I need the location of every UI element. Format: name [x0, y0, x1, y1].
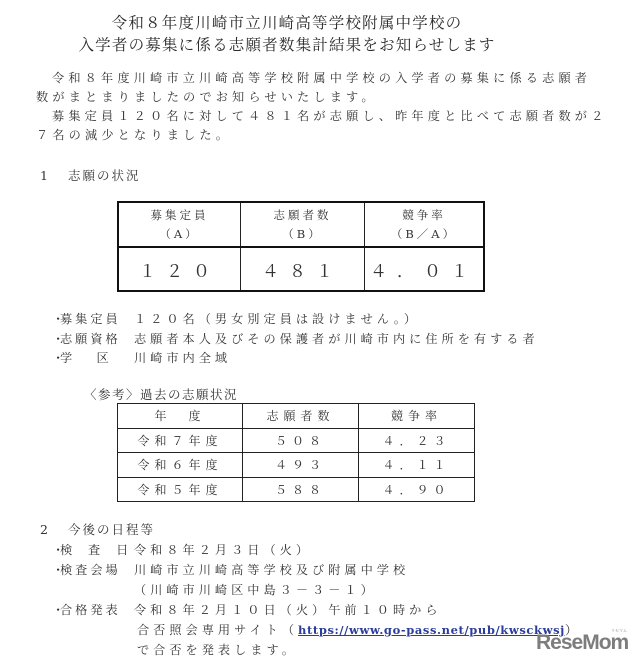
- bullet-icon: ・: [52, 310, 60, 327]
- past-header-ratio: 競争率: [359, 404, 475, 429]
- detail-label: 学 区: [60, 349, 134, 366]
- bullet-icon: ・: [52, 541, 60, 558]
- section-1-title: 志願の状況: [68, 168, 141, 183]
- intro-line-1: 令和８年度川崎市立川崎高等学校附属中学校の入学者の募集に係る志願者: [52, 69, 591, 86]
- detail-value: 志願者本人及びその保護者が川崎市内に住所を有する者: [134, 332, 539, 346]
- intro-line-3: 募集定員１２０名に対して４８１名が志願し、昨年度と比べて志願者数が２: [52, 107, 607, 124]
- past-year: 令和７年度: [118, 428, 243, 453]
- results-closing-line: で合否を発表します。: [137, 641, 298, 658]
- value-ratio: ４．０１: [365, 247, 485, 291]
- intro-line-2: 数がまとまりましたのでお知らせいたします。: [36, 88, 378, 105]
- past-applicants: ５８８: [243, 477, 359, 502]
- table-value-row: １２０ ４８１ ４．０１: [118, 247, 484, 291]
- reference-caption: 〈参考〉過去の志願状況: [84, 385, 238, 403]
- header-label: 募集定員: [119, 206, 240, 225]
- section-1-number: 1: [40, 168, 68, 183]
- section-1-heading: 1志願の状況: [40, 166, 141, 184]
- schedule-value: （川崎市川崎区中島３－３－１）: [134, 583, 377, 597]
- schedule-label: 検 査 日: [60, 541, 134, 558]
- past-header-year: 年 度: [118, 404, 243, 429]
- header-label: 志願者数: [241, 206, 364, 225]
- schedule-item-results: ・合格発表令和８年２月１０日（火）午前１０時から: [52, 601, 442, 618]
- bullet-icon: ・: [52, 349, 60, 366]
- detail-item-capacity: ・募集定員１２０名（男女別定員は設けません。）: [52, 310, 420, 327]
- section-2-title: 今後の日程等: [68, 522, 155, 537]
- header-label: 競争率: [365, 206, 483, 225]
- schedule-venue-address: （川崎市川崎区中島３－３－１）: [134, 581, 377, 598]
- results-site-line: 合否照会専用サイト（https://www.go-pass.net/pub/kw…: [137, 621, 577, 638]
- past-ratio: ４．１１: [359, 453, 475, 478]
- past-ratio: ４．２３: [359, 428, 475, 453]
- past-year: 令和６年度: [118, 453, 243, 478]
- bullet-icon: ・: [52, 561, 60, 578]
- detail-item-district: ・学 区川崎市内全域: [52, 349, 231, 366]
- detail-value: 川崎市内全域: [134, 351, 231, 365]
- bullet-icon: ・: [52, 601, 60, 618]
- site-prefix: 合否照会専用サイト（: [137, 623, 298, 637]
- schedule-label: 合格発表: [60, 601, 134, 618]
- bullet-icon: ・: [52, 330, 60, 347]
- table-row: 令和６年度 ４９３ ４．１１: [118, 453, 475, 478]
- past-applicants: ５０８: [243, 428, 359, 453]
- document-title-line-2: 入学者の募集に係る志願者数集計結果をお知らせします: [0, 33, 574, 55]
- past-year: 令和５年度: [118, 477, 243, 502]
- results-site-link[interactable]: https://www.go-pass.net/pub/kwsckwsj: [298, 623, 565, 637]
- applicant-summary-table: 募集定員 （A） 志願者数 （B） 競争率 （B／A） １２０ ４８１ ４．０１: [117, 201, 485, 292]
- detail-value: １２０名（男女別定員は設けません。）: [134, 312, 420, 326]
- detail-label: 募集定員: [60, 310, 134, 327]
- value-applicants: ４８１: [241, 247, 365, 291]
- intro-line-4: ７名の減少となりました。: [36, 126, 232, 143]
- header-sub: （B／A）: [365, 225, 483, 244]
- past-applicants: ４９３: [243, 453, 359, 478]
- value-capacity: １２０: [118, 247, 241, 291]
- resemom-logo: ReseMom: [536, 631, 628, 655]
- past-ratio: ４．９０: [359, 477, 475, 502]
- table-row: 令和７年度 ５０８ ４．２３: [118, 428, 475, 453]
- section-2-heading: 2今後の日程等: [40, 520, 155, 538]
- header-capacity: 募集定員 （A）: [118, 202, 241, 247]
- past-table-header-row: 年 度 志願者数 競争率: [118, 404, 475, 429]
- schedule-label: 検査会場: [60, 561, 134, 578]
- past-applicants-table: 年 度 志願者数 競争率 令和７年度 ５０８ ４．２３ 令和６年度 ４９３ ４．…: [117, 403, 475, 502]
- past-header-applicants: 志願者数: [243, 404, 359, 429]
- header-sub: （A）: [119, 225, 240, 244]
- closing-text: で合否を発表します。: [137, 643, 298, 657]
- detail-label: 志願資格: [60, 330, 134, 347]
- table-header-row: 募集定員 （A） 志願者数 （B） 競争率 （B／A）: [118, 202, 484, 247]
- header-sub: （B）: [241, 225, 364, 244]
- detail-item-eligibility: ・志願資格志願者本人及びその保護者が川崎市内に住所を有する者: [52, 330, 539, 347]
- header-ratio: 競争率 （B／A）: [365, 202, 485, 247]
- schedule-item-exam-venue: ・検査会場川崎市立川崎高等学校及び附属中学校: [52, 561, 409, 578]
- schedule-value: 川崎市立川崎高等学校及び附属中学校: [134, 563, 409, 577]
- header-applicants: 志願者数 （B）: [241, 202, 365, 247]
- schedule-item-exam-date: ・検 査 日令和８年２月３日（火）: [52, 541, 312, 558]
- schedule-value: 令和８年２月３日（火）: [134, 543, 312, 557]
- document-title-line-1: 令和８年度川崎市立川崎高等学校附属中学校の: [0, 11, 574, 33]
- section-2-number: 2: [40, 522, 68, 537]
- table-row: 令和５年度 ５８８ ４．９０: [118, 477, 475, 502]
- schedule-value: 令和８年２月１０日（火）午前１０時から: [134, 603, 442, 617]
